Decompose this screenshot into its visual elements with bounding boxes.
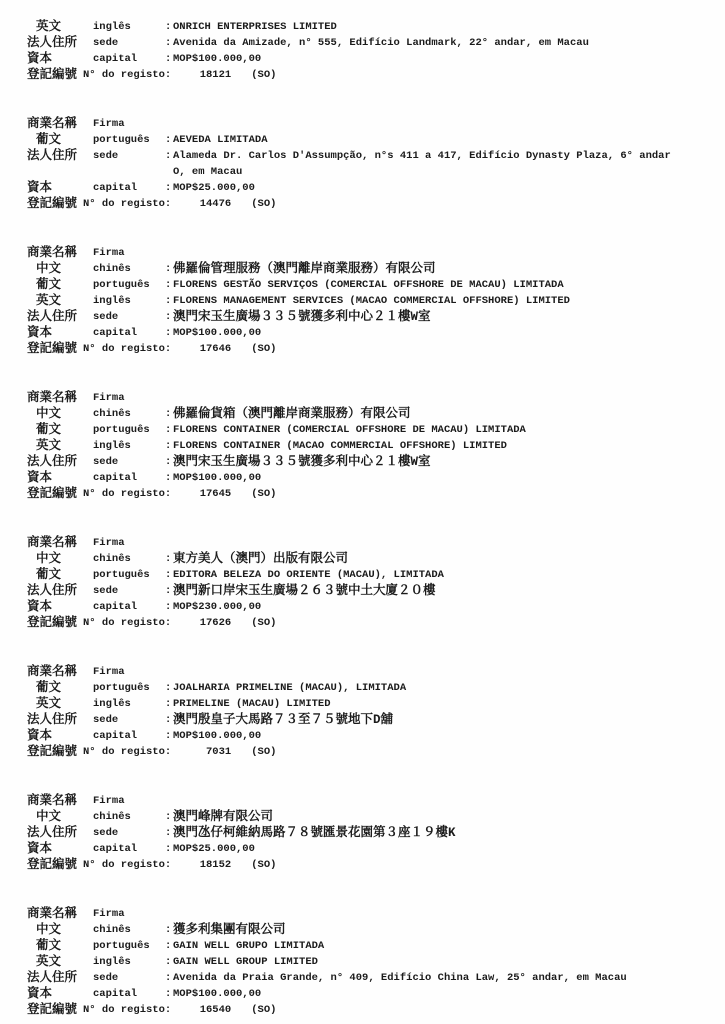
gazette-scanned-page: 英文inglês:ONRICH ENTERPRISES LIMITED法人住所s… [0,0,725,1024]
colon-separator: : [165,986,173,1002]
label-chinese: 葡文 [27,567,93,583]
company-entry: 商業名稱Firma葡文português:AEVEDA LIMITADA法人住所… [27,116,725,212]
colon-separator: : [165,841,173,857]
field-value: 佛羅倫貨箱（澳門離岸商業服務）有限公司 [173,406,411,422]
field-value: 佛羅倫管理服務（澳門離岸商業服務）有限公司 [173,261,436,277]
colon-separator: : [165,261,173,277]
field-value: MOP$100.000,00 [173,728,261,744]
field-value: FLORENS GESTÃO SERVIÇOS (COMERCIAL OFFSH… [173,277,564,293]
colon-separator: : [165,406,173,422]
row-registration: 登記編號N° do registo:17645(SO) [27,486,725,502]
label-portuguese: português [93,422,165,438]
label-chinese: 登記編號 [27,67,83,83]
registration-suffix: (SO) [251,615,276,631]
label-portuguese: chinês [93,809,165,825]
label-portuguese: capital [93,180,165,196]
colon-separator: : [165,325,173,341]
label-portuguese: N° do registo: [83,486,171,502]
colon-separator: : [165,728,173,744]
label-portuguese: inglês [93,438,165,454]
label-portuguese: N° do registo: [83,67,171,83]
label-chinese: 登記編號 [27,486,83,502]
row-name-english: 英文inglês:GAIN WELL GROUP LIMITED [27,954,725,970]
label-chinese: 法人住所 [27,583,93,599]
row-registration: 登記編號N° do registo:17626(SO) [27,615,725,631]
label-portuguese: inglês [93,19,165,35]
colon-separator: : [165,583,173,599]
label-chinese: 法人住所 [27,309,93,325]
label-portuguese: N° do registo: [83,341,171,357]
label-portuguese: chinês [93,261,165,277]
field-value: 澳門宋玉生廣場３３５號獲多利中心２１樓W室 [173,454,431,470]
field-value: FLORENS CONTAINER (COMERCIAL OFFSHORE DE… [173,422,526,438]
row-firm: 商業名稱Firma [27,390,725,406]
registration-number: 7031 [183,744,231,760]
field-value: MOP$100.000,00 [173,986,261,1002]
colon-separator: : [165,809,173,825]
label-chinese: 英文 [27,954,93,970]
row-firm: 商業名稱Firma [27,664,725,680]
row-capital: 資本capital:MOP$230.000,00 [27,599,725,615]
registration-number: 17626 [183,615,231,631]
field-value: MOP$100.000,00 [173,470,261,486]
row-name-portuguese: 葡文português:FLORENS CONTAINER (COMERCIAL… [27,422,725,438]
registration-suffix: (SO) [251,1002,276,1018]
label-portuguese: capital [93,470,165,486]
registration-suffix: (SO) [251,341,276,357]
registration-number: 17645 [183,486,231,502]
row-firm: 商業名稱Firma [27,116,725,132]
row-capital: 資本capital:MOP$100.000,00 [27,728,725,744]
company-entry: 商業名稱Firma中文chinês:佛羅倫管理服務（澳門離岸商業服務）有限公司葡… [27,245,725,357]
row-seat: 法人住所sede:澳門宋玉生廣場３３５號獲多利中心２１樓W室 [27,309,725,325]
row-name-english: 英文inglês:ONRICH ENTERPRISES LIMITED [27,19,725,35]
label-chinese: 英文 [27,19,93,35]
label-portuguese: Firma [93,664,165,680]
company-entry: 商業名稱Firma中文chinês:佛羅倫貨箱（澳門離岸商業服務）有限公司葡文p… [27,390,725,502]
registration-number: 18121 [183,67,231,83]
row-firm: 商業名稱Firma [27,245,725,261]
row-name-chinese: 中文chinês:佛羅倫貨箱（澳門離岸商業服務）有限公司 [27,406,725,422]
row-name-portuguese: 葡文português:EDITORA BELEZA DO ORIENTE (M… [27,567,725,583]
label-chinese: 商業名稱 [27,245,93,261]
field-value: 澳門殷皇子大馬路７３至７５號地下D舖 [173,712,393,728]
label-portuguese: N° do registo: [83,857,171,873]
colon-separator: : [165,35,173,51]
row-name-english: 英文inglês:FLORENS CONTAINER (MACAO COMMER… [27,438,725,454]
colon-separator: : [165,19,173,35]
label-portuguese: inglês [93,293,165,309]
label-portuguese: sede [93,148,165,164]
label-chinese: 英文 [27,438,93,454]
row-name-portuguese: 葡文português:AEVEDA LIMITADA [27,132,725,148]
field-value: 澳門氹仔柯維納馬路７８號匯景花園第３座１９樓K [173,825,456,841]
label-chinese: 資本 [27,841,93,857]
label-chinese: 中文 [27,809,93,825]
row-firm: 商業名稱Firma [27,535,725,551]
label-portuguese: capital [93,728,165,744]
label-portuguese: inglês [93,954,165,970]
row-registration: 登記編號N° do registo:16540(SO) [27,1002,725,1018]
label-chinese: 登記編號 [27,857,83,873]
label-portuguese: sede [93,825,165,841]
row-seat: 法人住所sede:澳門新口岸宋玉生廣場２６３號中土大廈２０樓 [27,583,725,599]
row-capital: 資本capital:MOP$25.000,00 [27,180,725,196]
label-chinese: 資本 [27,51,93,67]
field-value: MOP$100.000,00 [173,325,261,341]
company-entry: 商業名稱Firma中文chinês:獲多利集團有限公司葡文português:G… [27,906,725,1018]
label-chinese: 法人住所 [27,712,93,728]
label-chinese: 商業名稱 [27,390,93,406]
label-chinese: 法人住所 [27,148,93,164]
field-value: 東方美人（澳門）出版有限公司 [173,551,348,567]
field-value: GAIN WELL GROUP LIMITED [173,954,318,970]
row-seat: 法人住所sede:Alameda Dr. Carlos D'Assumpção,… [27,148,725,180]
row-name-chinese: 中文chinês:東方美人（澳門）出版有限公司 [27,551,725,567]
label-portuguese: português [93,680,165,696]
label-chinese: 葡文 [27,277,93,293]
label-chinese: 葡文 [27,132,93,148]
label-portuguese: Firma [93,116,165,132]
registration-number: 14476 [183,196,231,212]
label-chinese: 登記編號 [27,744,83,760]
label-portuguese: N° do registo: [83,1002,171,1018]
label-chinese: 葡文 [27,422,93,438]
field-value: EDITORA BELEZA DO ORIENTE (MACAU), LIMIT… [173,567,444,583]
colon-separator: : [165,599,173,615]
row-capital: 資本capital:MOP$100.000,00 [27,470,725,486]
label-portuguese: sede [93,309,165,325]
registration-number: 16540 [183,1002,231,1018]
field-value: ONRICH ENTERPRISES LIMITED [173,19,337,35]
row-capital: 資本capital:MOP$100.000,00 [27,986,725,1002]
colon-separator: : [165,277,173,293]
label-chinese: 英文 [27,696,93,712]
label-chinese: 登記編號 [27,341,83,357]
label-chinese: 資本 [27,728,93,744]
colon-separator: : [165,132,173,148]
row-name-portuguese: 葡文português:FLORENS GESTÃO SERVIÇOS (COM… [27,277,725,293]
registration-suffix: (SO) [251,486,276,502]
registration-number: 17646 [183,341,231,357]
label-chinese: 葡文 [27,680,93,696]
field-value: 澳門宋玉生廣場３３５號獲多利中心２１樓W室 [173,309,431,325]
field-value: 澳門新口岸宋玉生廣場２６３號中土大廈２０樓 [173,583,436,599]
label-portuguese: português [93,277,165,293]
row-name-english: 英文inglês:FLORENS MANAGEMENT SERVICES (MA… [27,293,725,309]
colon-separator: : [165,567,173,583]
row-firm: 商業名稱Firma [27,906,725,922]
label-chinese: 中文 [27,261,93,277]
field-value: MOP$25.000,00 [173,841,255,857]
label-chinese: 法人住所 [27,970,93,986]
row-name-chinese: 中文chinês:澳門峰牌有限公司 [27,809,725,825]
colon-separator: : [165,938,173,954]
field-value: GAIN WELL GRUPO LIMITADA [173,938,324,954]
label-chinese: 葡文 [27,938,93,954]
label-portuguese: capital [93,51,165,67]
row-name-english: 英文inglês:PRIMELINE (MACAU) LIMITED [27,696,725,712]
colon-separator: : [165,970,173,986]
label-portuguese: Firma [93,906,165,922]
field-value: MOP$100.000,00 [173,51,261,67]
label-chinese: 資本 [27,325,93,341]
registration-number: 18152 [183,857,231,873]
label-chinese: 資本 [27,470,93,486]
label-chinese: 資本 [27,599,93,615]
label-chinese: 登記編號 [27,196,83,212]
row-capital: 資本capital:MOP$25.000,00 [27,841,725,857]
row-seat: 法人住所sede:澳門殷皇子大馬路７３至７５號地下D舖 [27,712,725,728]
label-portuguese: N° do registo: [83,196,171,212]
label-portuguese: Firma [93,793,165,809]
field-value: PRIMELINE (MACAU) LIMITED [173,696,331,712]
label-chinese: 資本 [27,180,93,196]
colon-separator: : [165,954,173,970]
label-portuguese: chinês [93,551,165,567]
field-value: FLORENS CONTAINER (MACAO COMMERCIAL OFFS… [173,438,507,454]
label-portuguese: sede [93,454,165,470]
row-name-chinese: 中文chinês:佛羅倫管理服務（澳門離岸商業服務）有限公司 [27,261,725,277]
row-seat: 法人住所sede:Avenida da Amizade, n° 555, Edi… [27,35,725,51]
row-name-portuguese: 葡文português:GAIN WELL GRUPO LIMITADA [27,938,725,954]
company-entry: 商業名稱Firma中文chinês:澳門峰牌有限公司法人住所sede:澳門氹仔柯… [27,793,725,873]
row-registration: 登記編號N° do registo:17646(SO) [27,341,725,357]
label-chinese: 中文 [27,922,93,938]
label-chinese: 法人住所 [27,825,93,841]
label-portuguese: Firma [93,245,165,261]
label-chinese: 中文 [27,551,93,567]
company-registration-entries: 英文inglês:ONRICH ENTERPRISES LIMITED法人住所s… [27,19,725,1018]
row-name-chinese: 中文chinês:獲多利集團有限公司 [27,922,725,938]
row-registration: 登記編號N° do registo:7031(SO) [27,744,725,760]
label-portuguese: sede [93,35,165,51]
row-registration: 登記編號N° do registo:18121(SO) [27,67,725,83]
label-chinese: 商業名稱 [27,535,93,551]
label-portuguese: sede [93,970,165,986]
label-portuguese: capital [93,599,165,615]
field-value: FLORENS MANAGEMENT SERVICES (MACAO COMME… [173,293,570,309]
label-chinese: 英文 [27,293,93,309]
label-portuguese: sede [93,583,165,599]
colon-separator: : [165,922,173,938]
colon-separator: : [165,293,173,309]
row-firm: 商業名稱Firma [27,793,725,809]
row-capital: 資本capital:MOP$100.000,00 [27,325,725,341]
label-chinese: 中文 [27,406,93,422]
label-portuguese: chinês [93,922,165,938]
label-portuguese: português [93,132,165,148]
row-seat: 法人住所sede:澳門氹仔柯維納馬路７８號匯景花園第３座１９樓K [27,825,725,841]
company-entry: 商業名稱Firma中文chinês:東方美人（澳門）出版有限公司葡文portug… [27,535,725,631]
field-value: Avenida da Praia Grande, n° 409, Edifíci… [173,970,627,986]
field-value: MOP$230.000,00 [173,599,261,615]
colon-separator: : [165,680,173,696]
label-portuguese: capital [93,841,165,857]
label-portuguese: português [93,567,165,583]
label-chinese: 登記編號 [27,615,83,631]
field-value: Avenida da Amizade, n° 555, Edifício Lan… [173,35,589,51]
field-value: 獲多利集團有限公司 [173,922,286,938]
colon-separator: : [165,438,173,454]
colon-separator: : [165,696,173,712]
colon-separator: : [165,309,173,325]
label-portuguese: inglês [93,696,165,712]
row-capital: 資本capital:MOP$100.000,00 [27,51,725,67]
colon-separator: : [165,825,173,841]
row-registration: 登記編號N° do registo:14476(SO) [27,196,725,212]
registration-suffix: (SO) [251,857,276,873]
label-portuguese: N° do registo: [83,744,171,760]
row-name-portuguese: 葡文português:JOALHARIA PRIMELINE (MACAU),… [27,680,725,696]
colon-separator: : [165,454,173,470]
colon-separator: : [165,422,173,438]
row-registration: 登記編號N° do registo:18152(SO) [27,857,725,873]
colon-separator: : [165,51,173,67]
company-entry: 商業名稱Firma葡文português:JOALHARIA PRIMELINE… [27,664,725,760]
label-portuguese: Firma [93,390,165,406]
row-seat: 法人住所sede:Avenida da Praia Grande, n° 409… [27,970,725,986]
label-portuguese: sede [93,712,165,728]
field-value: MOP$25.000,00 [173,180,255,196]
field-value: 澳門峰牌有限公司 [173,809,273,825]
registration-suffix: (SO) [251,744,276,760]
colon-separator: : [165,551,173,567]
label-portuguese: chinês [93,406,165,422]
field-value: AEVEDA LIMITADA [173,132,268,148]
label-chinese: 商業名稱 [27,116,93,132]
field-value: Alameda Dr. Carlos D'Assumpção, n°s 411 … [173,148,671,180]
label-portuguese: N° do registo: [83,615,171,631]
registration-suffix: (SO) [251,196,276,212]
label-chinese: 商業名稱 [27,906,93,922]
colon-separator: : [165,180,173,196]
label-chinese: 法人住所 [27,35,93,51]
label-chinese: 法人住所 [27,454,93,470]
label-portuguese: Firma [93,535,165,551]
company-entry: 英文inglês:ONRICH ENTERPRISES LIMITED法人住所s… [27,19,725,83]
label-chinese: 登記編號 [27,1002,83,1018]
label-chinese: 資本 [27,986,93,1002]
registration-suffix: (SO) [251,67,276,83]
label-chinese: 商業名稱 [27,664,93,680]
label-chinese: 商業名稱 [27,793,93,809]
colon-separator: : [165,712,173,728]
label-portuguese: português [93,938,165,954]
colon-separator: : [165,470,173,486]
field-value: JOALHARIA PRIMELINE (MACAU), LIMITADA [173,680,406,696]
row-seat: 法人住所sede:澳門宋玉生廣場３３５號獲多利中心２１樓W室 [27,454,725,470]
label-portuguese: capital [93,325,165,341]
label-portuguese: capital [93,986,165,1002]
colon-separator: : [165,148,173,164]
